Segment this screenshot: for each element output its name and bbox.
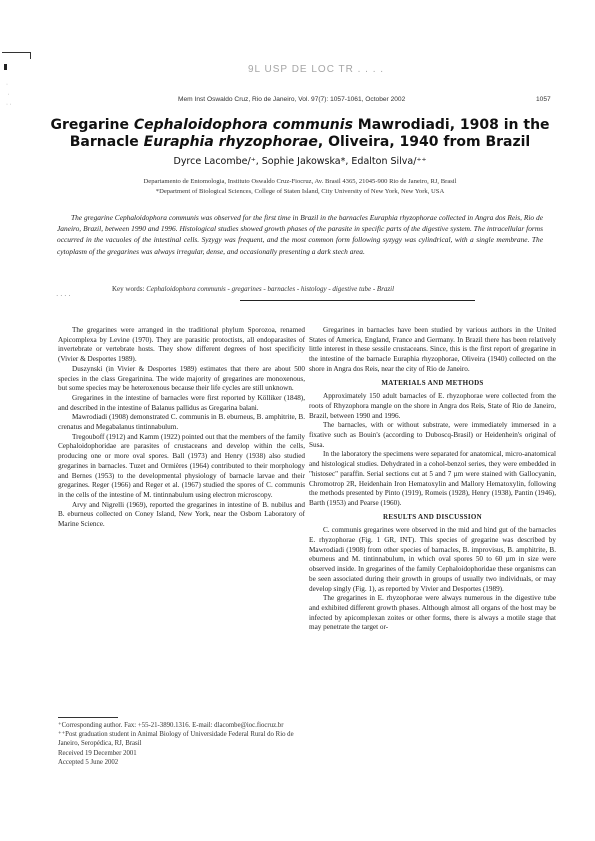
running-head: Mem Inst Oswaldo Cruz, Rio de Janeiro, V… bbox=[178, 96, 463, 103]
library-stamp: 9L USP DE LOC TR . . . . bbox=[248, 64, 384, 75]
right-column: Gregarines in barnacles have been studie… bbox=[309, 326, 556, 633]
title-part-italic: Euraphia rhyzophorae bbox=[144, 134, 318, 150]
title-part-italic: Cephaloidophora communis bbox=[134, 117, 353, 133]
paragraph: C. communis gregarines were observed in … bbox=[309, 526, 556, 594]
page-number: 1057 bbox=[536, 96, 551, 103]
paragraph: Duszynski (in Vivier & Desportes 1989) e… bbox=[58, 365, 305, 394]
section-heading-methods: MATERIALS AND METHODS bbox=[309, 379, 556, 389]
footnote-corresponding: ⁺Corresponding author. Fax: +55-21-3890.… bbox=[58, 721, 305, 730]
abstract: The gregarine Cephaloidophora communis w… bbox=[57, 212, 543, 257]
left-column: The gregarines were arranged in the trad… bbox=[58, 326, 305, 530]
footnote-rule bbox=[58, 717, 118, 718]
received-date: Received 19 December 2001 bbox=[58, 749, 305, 758]
paragraph: Approximately 150 adult barnacles of E. … bbox=[309, 392, 556, 421]
paragraph: Tregouboff (1912) and Kamm (1922) pointe… bbox=[58, 433, 305, 501]
scan-margin-mark bbox=[2, 52, 31, 59]
paragraph: The barnacles, with or without substrate… bbox=[309, 421, 556, 450]
paragraph: The gregarines in E. rhyzophorae were al… bbox=[309, 594, 556, 633]
scan-margin-specks: · ·· · bbox=[6, 80, 12, 110]
keywords: Key words: Cephaloidophora communis - gr… bbox=[112, 285, 532, 293]
section-heading-results: RESULTS AND DISCUSSION bbox=[309, 513, 556, 523]
paragraph: Gregarines in the intestine of barnacles… bbox=[58, 394, 305, 413]
paragraph: Arvy and Nigrelli (1969), reported the g… bbox=[58, 501, 305, 530]
paragraph: Mawrodiadi (1908) demonstrated C. commun… bbox=[58, 413, 305, 432]
keywords-label: Key words: bbox=[112, 285, 144, 293]
title-part: , Oliveira, 1940 from Brazil bbox=[318, 134, 530, 150]
affiliation-2: *Department of Biological Sciences, Coll… bbox=[56, 187, 544, 197]
affiliation-1: Departamento de Entomologia, Instituto O… bbox=[56, 177, 544, 187]
paragraph: The gregarines were arranged in the trad… bbox=[58, 326, 305, 365]
scan-dots: · · · · bbox=[56, 292, 71, 300]
footnote-student: ⁺⁺Post graduation student in Animal Biol… bbox=[58, 730, 305, 748]
title-part: Gregarine bbox=[50, 117, 133, 133]
footnotes: ⁺Corresponding author. Fax: +55-21-3890.… bbox=[58, 721, 305, 767]
paragraph: In the laboratory the specimens were sep… bbox=[309, 450, 556, 508]
affiliations: Departamento de Entomologia, Instituto O… bbox=[56, 177, 544, 196]
scan-margin-dot bbox=[4, 64, 7, 70]
keywords-list: Cephaloidophora communis - gregarines - … bbox=[146, 285, 394, 293]
article-title: Gregarine Cephaloidophora communis Mawro… bbox=[40, 117, 560, 151]
accepted-date: Accepted 5 June 2002 bbox=[58, 758, 305, 767]
section-rule bbox=[240, 300, 475, 301]
paragraph: Gregarines in barnacles have been studie… bbox=[309, 326, 556, 375]
author-list: Dyrce Lacombe/⁺, Sophie Jakowska*, Edalt… bbox=[40, 156, 560, 167]
